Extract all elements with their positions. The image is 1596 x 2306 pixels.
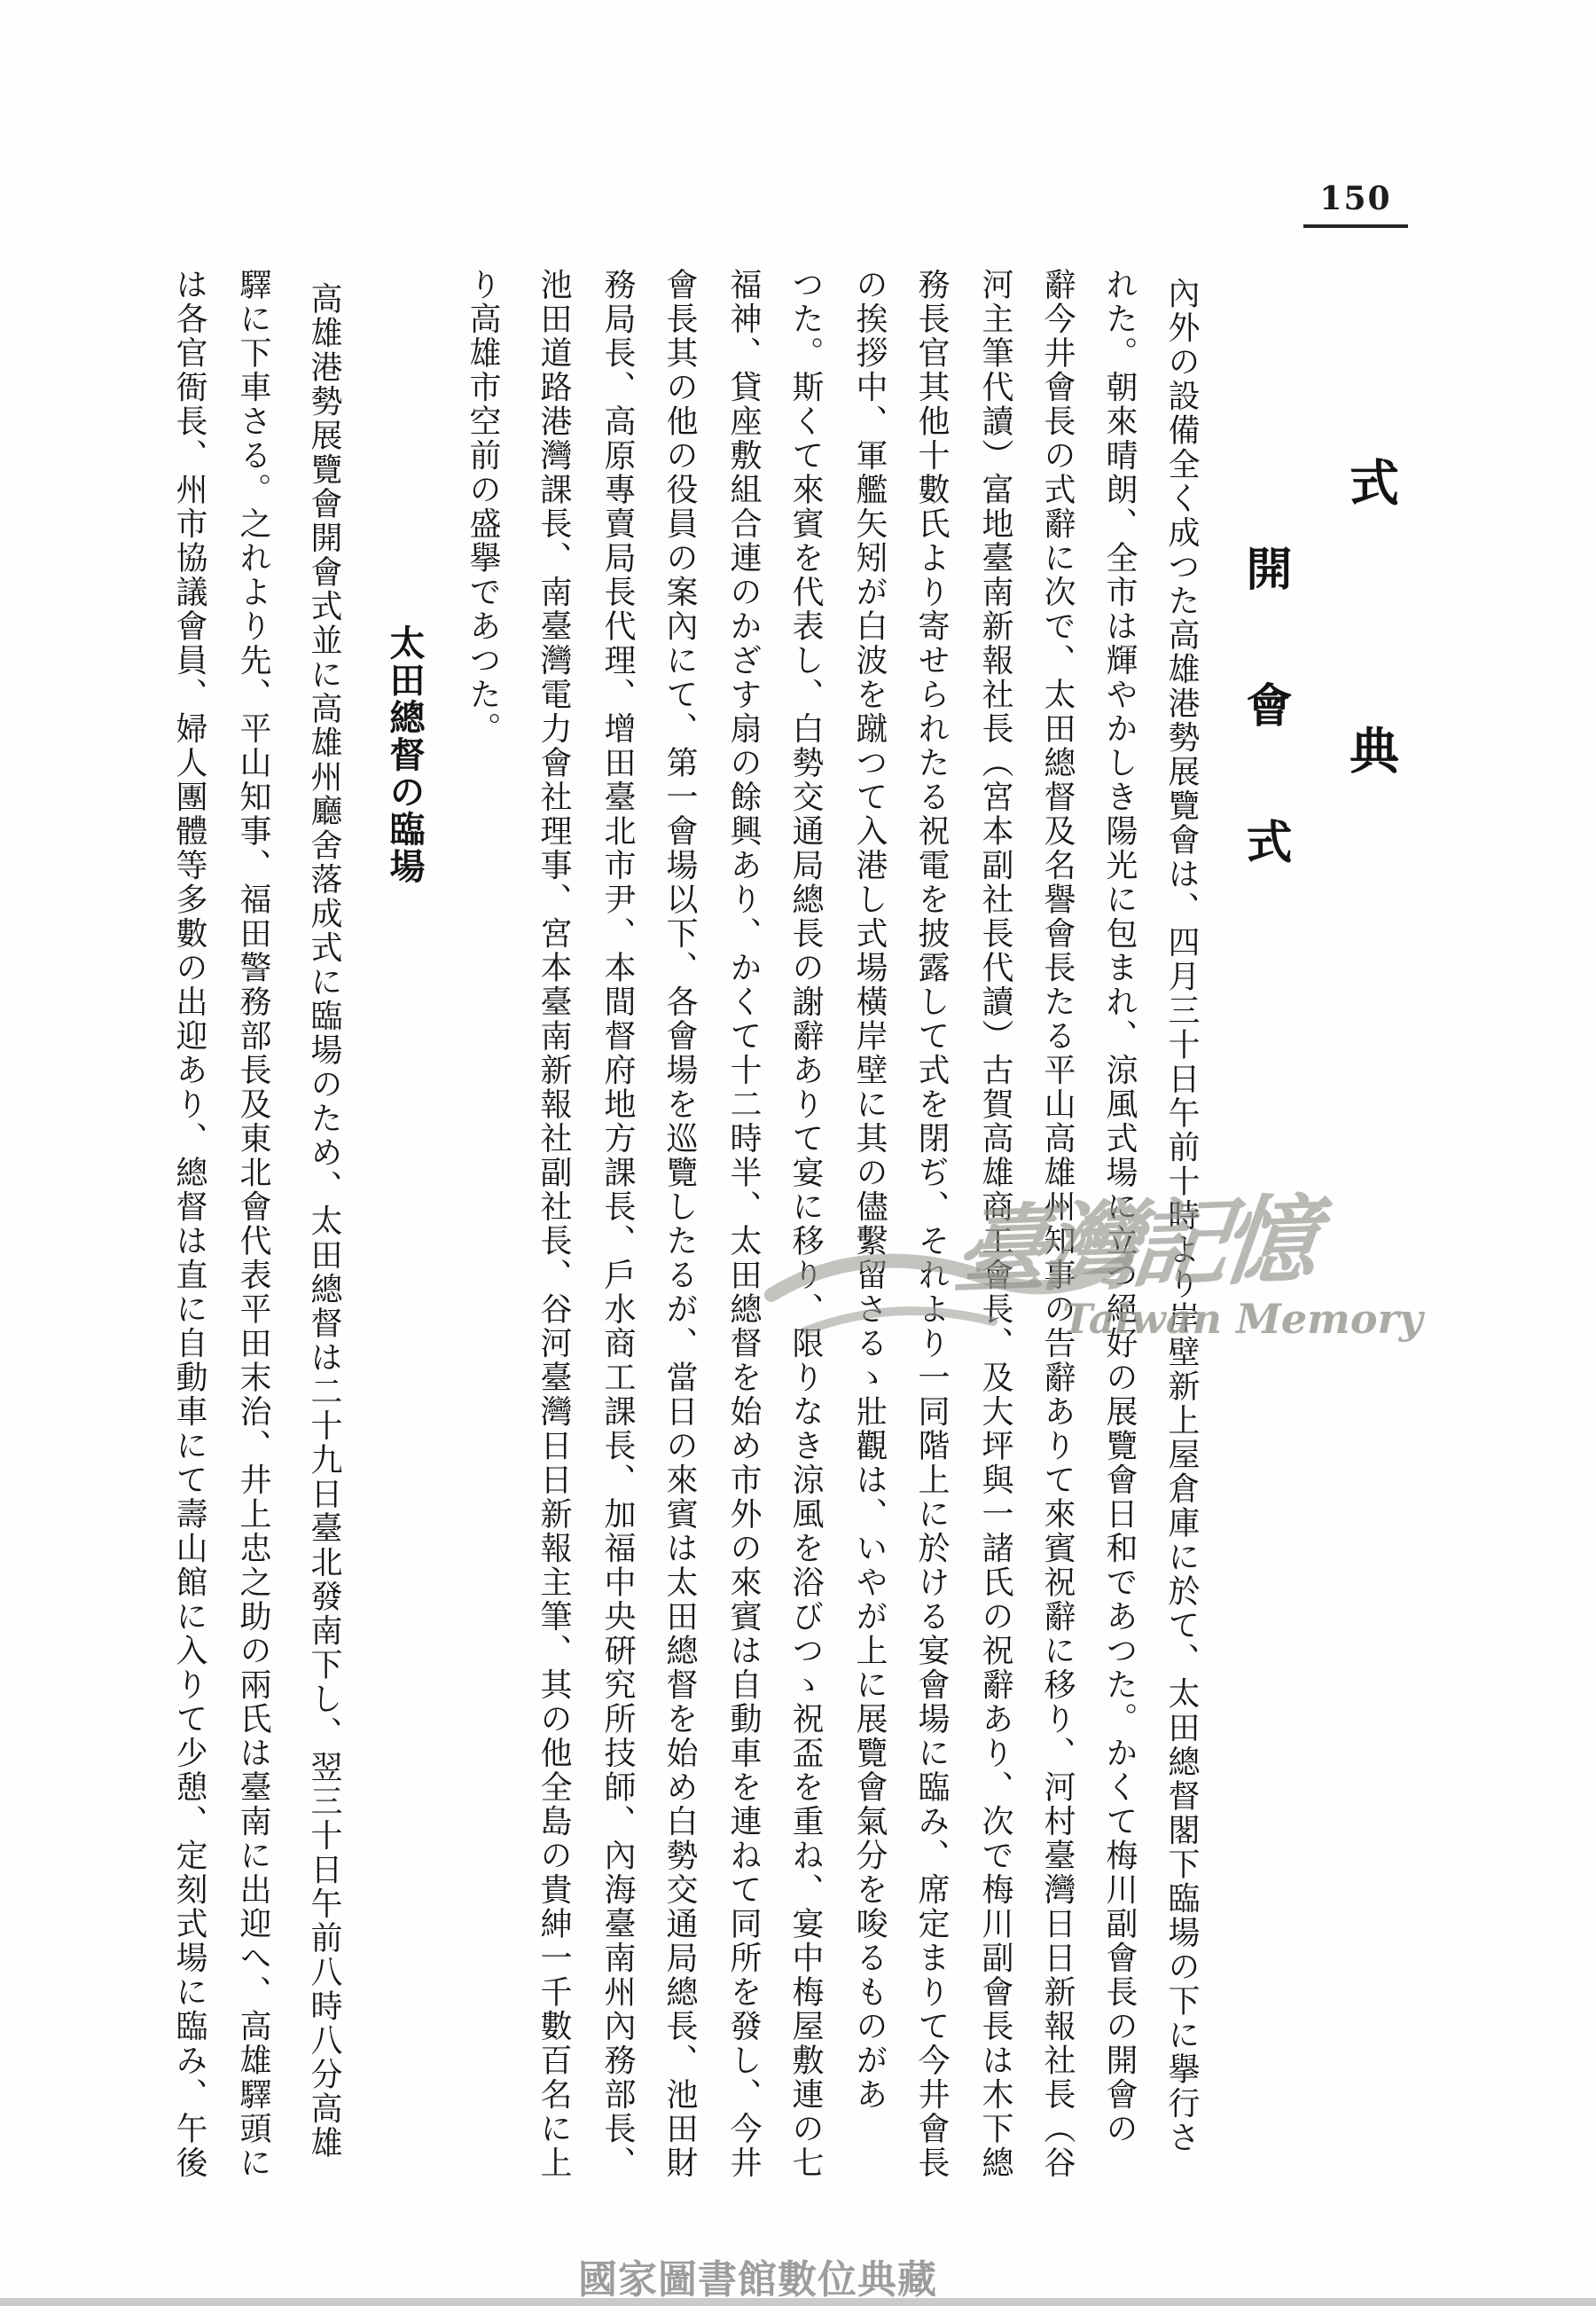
article1-column-4: 河主筆代讀）富地臺南新報社長（宮本副社長代讀）古賀高雄商工會長、及大坪與一諸氏の… <box>979 268 1011 2219</box>
scan-edge-artifact <box>0 2298 1596 2306</box>
article1-column-6: の挨拶中、軍艦矢矧が白波を蹴つて入港し式場橫岸壁に其の儘繫留さるゝ壯觀は、いやが… <box>853 268 885 2219</box>
article2-column-2: 驛に下車さる。之れより先、平山知事、福田警務部長及東北會代表平田末治、井上忠之助… <box>237 268 269 2219</box>
article1-column-1: 內外の設備全く成つた高雄港勢展覽會は、四月三十日午前十時より岸壁新上屋倉庫に於て… <box>1165 277 1197 2228</box>
article1-column-12: り高雄市空前の盛擧であつた。 <box>466 268 498 2219</box>
article1-column-10: 務局長、高原專賣局長代理、增田臺北市尹、本間督府地方課長、戶水商工課長、加福中央… <box>601 268 633 2219</box>
article2-column-1: 高雄港勢展覽會開會式並に高雄州廳舍落成式に臨場のため、太田總督は二十九日臺北發南… <box>308 282 340 2233</box>
article1-column-7: つた。斯くて來賓を代表し、白勢交通局總長の謝辭ありて宴に移り、限りなき涼風を浴び… <box>789 268 821 2219</box>
watermark-swash-stroke <box>754 1153 1303 1384</box>
article1-column-3: 辭今井會長の式辭に次で、太田總督及名譽會長たる平山高雄州知事の告辭ありて來賓祝辭… <box>1041 268 1073 2219</box>
article1-column-2: れた。朝來晴朗、全市は輝やかしき陽光に包まれ、涼風式場に立つ絕好の展覽會日和であ… <box>1103 268 1135 2219</box>
page-number: 150 <box>1303 180 1408 228</box>
article1-title: 開會式 <box>1241 545 1287 954</box>
article1-column-8: 福神、貸座敷組合連のかざす扇の餘興あり、かくて十二時半、太田總督を始め市外の來賓… <box>727 268 759 2219</box>
article1-column-11: 池田道路港灣課長、南臺灣電力會社理事、宮本臺南新報社副社長、谷河臺灣日日新報主筆… <box>537 268 569 2219</box>
chapter-title: 式典 <box>1346 457 1396 992</box>
article1-column-5: 務長官其他十數氏より寄せられたる祝電を披露して式を閉ぢ、それより一同階上に於ける… <box>915 268 947 2219</box>
article2-column-3: は各官衙長、州市協議會員、婦人團體等多數の出迎あり、總督は直に自動車にて壽山館に… <box>173 268 205 2219</box>
library-credit: 國家圖書館數位典藏 <box>578 2247 937 2304</box>
article2-title: 太田總督の臨場 <box>387 624 422 885</box>
article1-column-9: 會長其の他の役員の案內にて、第一會場以下、各會場を巡覽したるが、當日の來賓は太田… <box>663 268 695 2219</box>
scanned-page: 150 式典 開會式 內外の設備全く成つた高雄港勢展覽會は、四月三十日午前十時よ… <box>0 0 1596 2306</box>
